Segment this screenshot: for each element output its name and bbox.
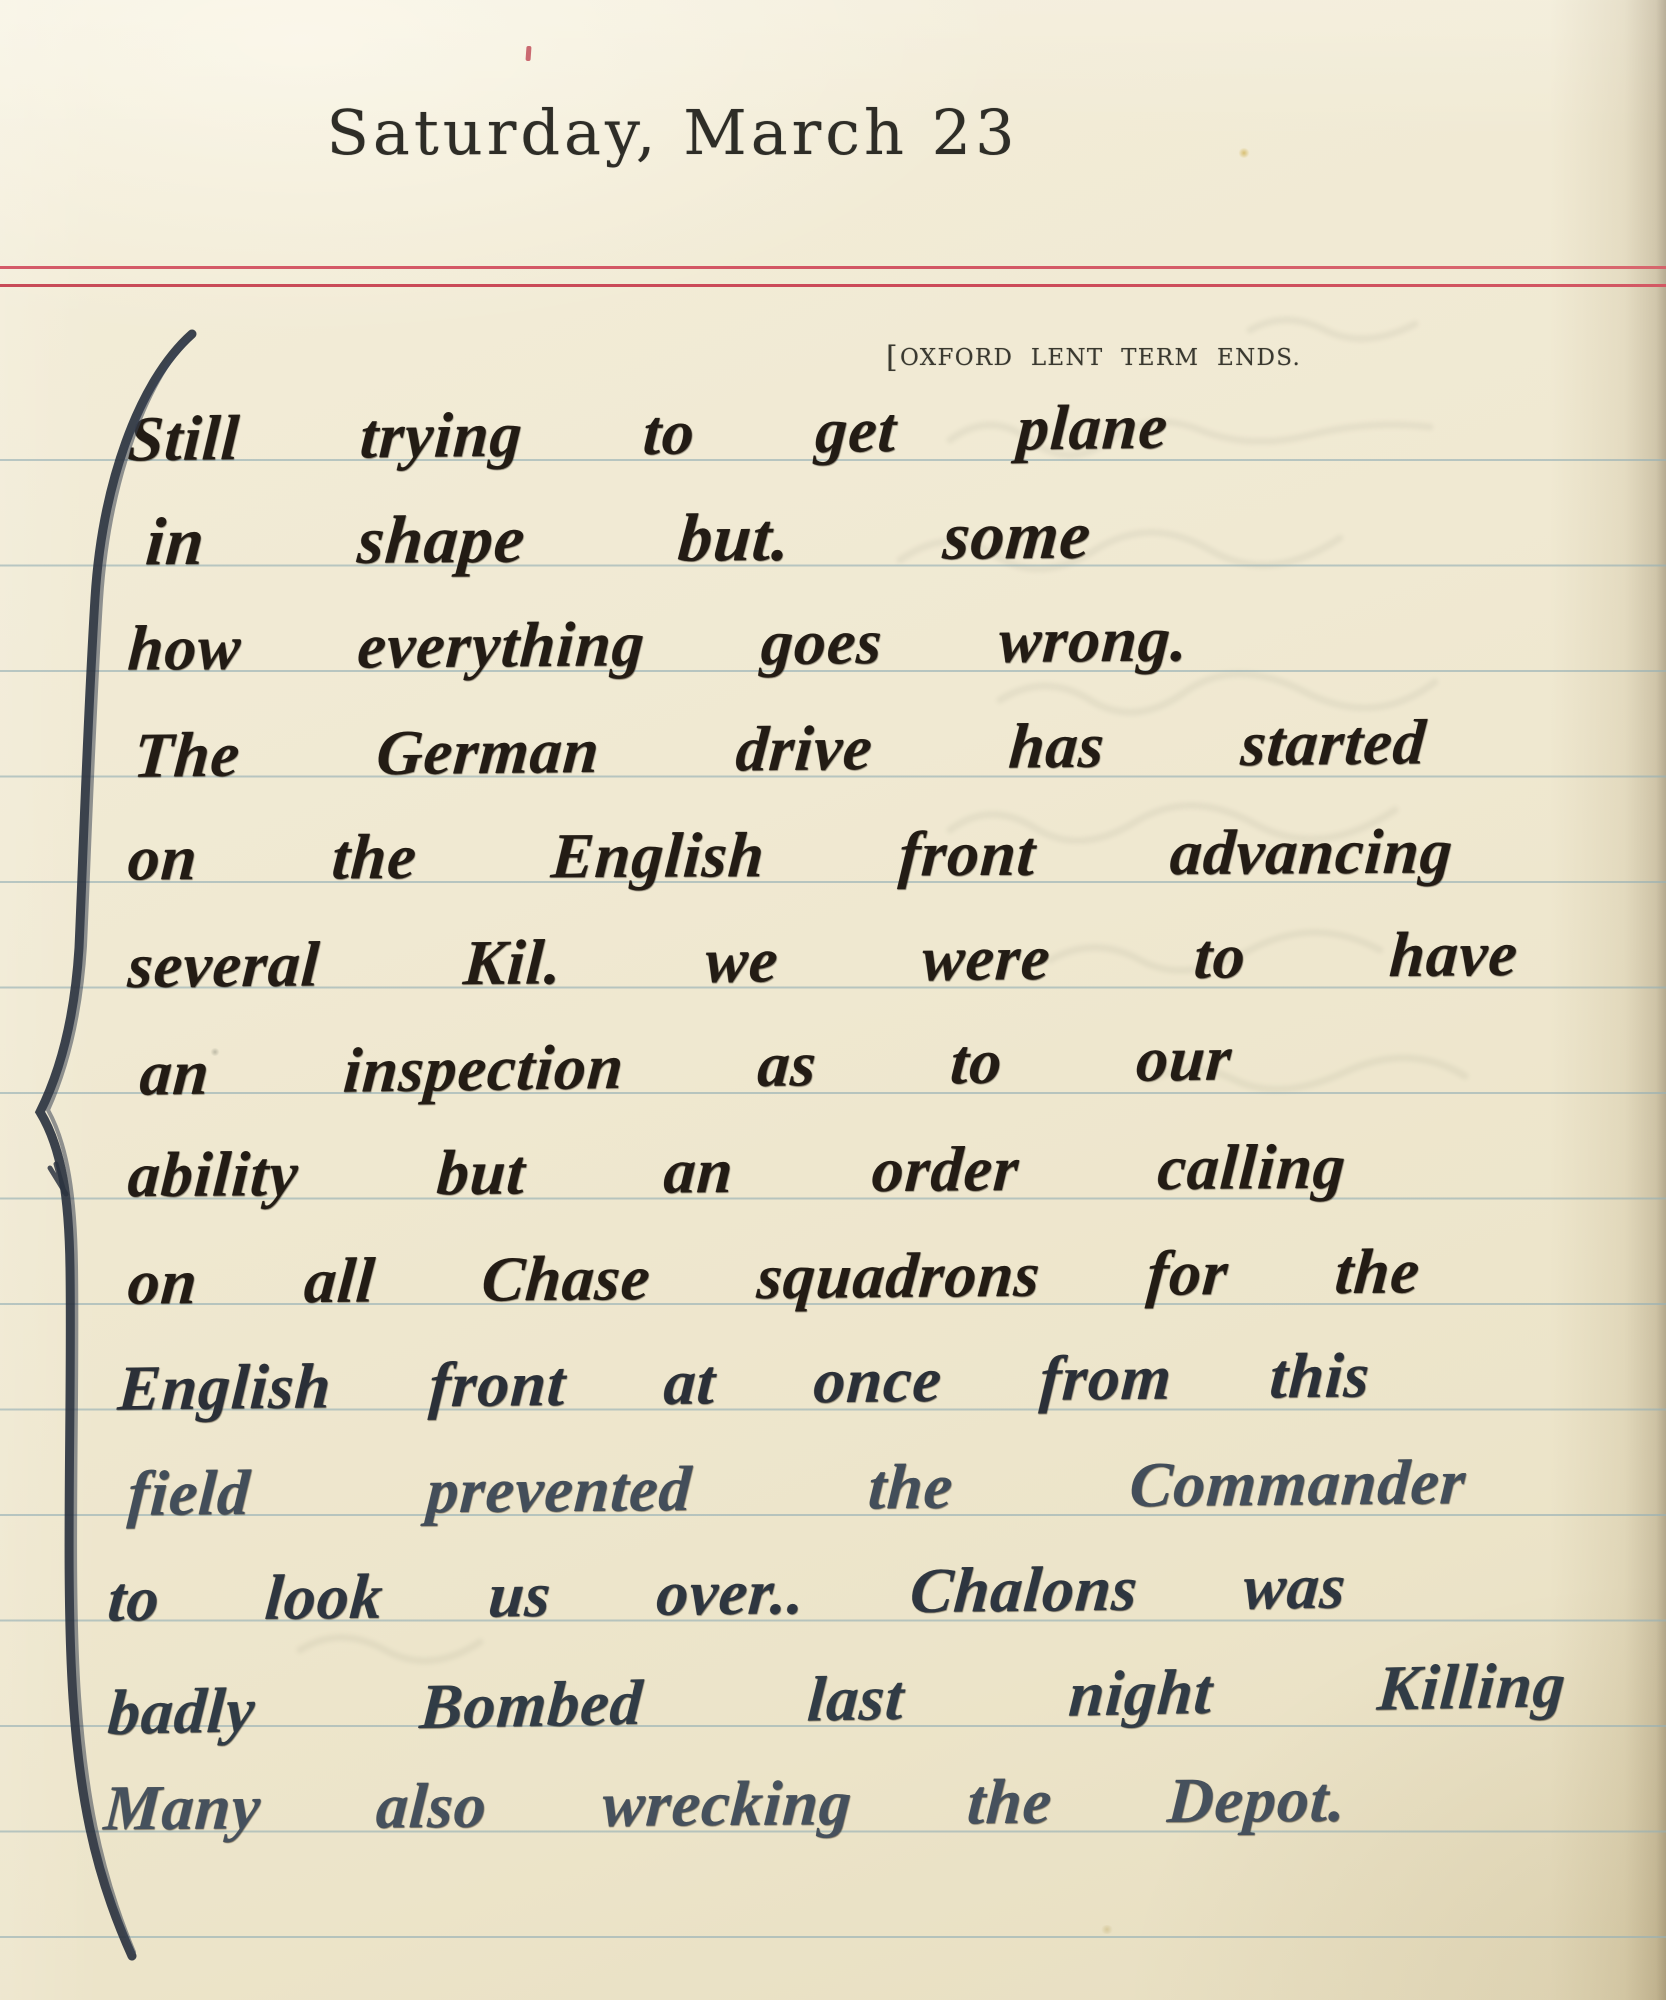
entry-line-6: several Kil. we were to have xyxy=(125,908,1521,1016)
entry-line-7: an inspection as to our xyxy=(137,1012,1236,1123)
margin-brace xyxy=(16,296,246,1996)
date-heading: Saturday, March 23 xyxy=(0,96,1345,169)
entry-line-9: on all Chase squadrons for the xyxy=(124,1225,1424,1332)
entry-line-12: to look us over.. Chalons was xyxy=(104,1540,1349,1649)
entry-line-2: in shape but. some xyxy=(142,489,1095,592)
entry-line-14: Many also wrecking the Depot. xyxy=(101,1754,1349,1859)
almanac-note-text: OXFORD LENT TERM ENDS. xyxy=(900,345,1301,371)
entry-line-3: how everything goes wrong. xyxy=(125,593,1191,698)
red-ink-mark xyxy=(525,46,531,61)
entry-line-4: The German drive has started xyxy=(130,696,1429,806)
red-header-rule-top xyxy=(0,266,1666,269)
almanac-note: [OXFORD LENT TERM ENDS. xyxy=(886,340,1301,375)
entry-line-1: Still trying to get plane xyxy=(125,381,1170,490)
printed-bracket: [ xyxy=(886,340,899,375)
entry-line-10: English front at once from this xyxy=(115,1329,1373,1438)
entry-line-11: field prevented the Commander xyxy=(125,1436,1469,1544)
entry-line-8: ability but an order calling xyxy=(125,1121,1349,1226)
entry-line-5: on the English front advancing xyxy=(125,806,1456,909)
red-header-rule-bottom xyxy=(0,284,1666,287)
